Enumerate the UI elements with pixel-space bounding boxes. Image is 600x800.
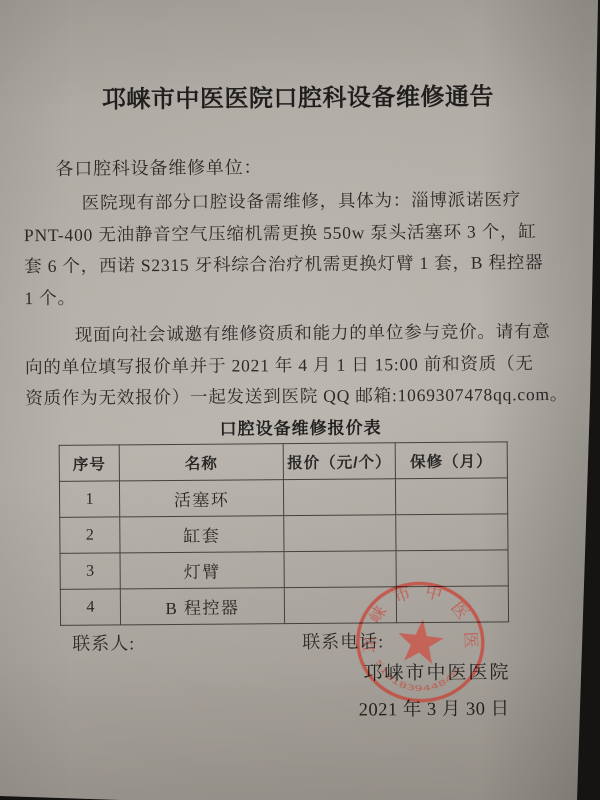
column-header-warranty: 保修（月） — [395, 442, 507, 479]
cell-price-blank — [284, 515, 396, 552]
paragraph-equipment-list: 医院现有部分口腔设备需维修，具体为：淄博派诺医疗 PNT-400 无油静音空气压… — [24, 184, 577, 314]
page-title: 邛崃市中医医院口腔科设备维修通告 — [0, 76, 598, 116]
table-header-row: 序号 名称 报价（元/个） 保修（月） — [59, 442, 507, 482]
document-line: 现面向社会诚邀有维修资质和能力的单位参与竞价。请有意 — [25, 316, 577, 352]
cell-index: 3 — [60, 553, 120, 589]
document-line: 资质作为无效报价）一起发送到医院 QQ 邮箱:1069307478qq.com。 — [25, 379, 577, 415]
cell-warranty-blank — [396, 586, 508, 623]
table-row: 4 B 程控器 — [60, 586, 508, 626]
cell-warranty-blank — [395, 478, 507, 515]
cell-index: 1 — [59, 481, 119, 517]
signature-org-name: 邛崃市中医医院 — [363, 657, 510, 685]
cell-warranty-blank — [396, 550, 508, 587]
document-line: 套 6 个，西诺 S2315 牙科综合治疗机需更换灯臂 1 套，B 程控器 — [24, 247, 576, 283]
document-content: 邛崃市中医医院口腔科设备维修通告 各口腔科设备维修单位： 医院现有部分口腔设备需… — [0, 0, 600, 800]
contact-phone-label: 联系电话: — [302, 627, 384, 654]
cell-warranty-blank — [396, 514, 508, 551]
cell-price-blank — [284, 587, 396, 624]
cell-name: 活塞环 — [119, 480, 283, 517]
document-line: 1 个。 — [24, 278, 576, 314]
column-header-index: 序号 — [59, 445, 119, 481]
cell-name: B 程控器 — [120, 588, 284, 625]
paragraph-invitation: 现面向社会诚邀有维修资质和能力的单位参与竞价。请有意 向的单位填写报价单并于 2… — [25, 316, 578, 415]
quote-table: 序号 名称 报价（元/个） 保修（月） 1 活塞环 2 — [59, 441, 509, 626]
table-row: 3 灯臂 — [60, 550, 508, 590]
cell-name: 灯臂 — [120, 552, 284, 589]
cell-name: 缸套 — [120, 516, 284, 553]
table-row: 1 活塞环 — [59, 478, 507, 518]
cell-price-blank — [283, 479, 395, 516]
signature-date: 2021 年 3 月 30 日 — [359, 694, 510, 721]
cell-index: 2 — [60, 517, 120, 553]
document-line: 向的单位填写报价单并于 2021 年 4 月 1 日 15:00 前和资质（无 — [25, 347, 577, 383]
cell-index: 4 — [60, 589, 120, 625]
cell-price-blank — [284, 551, 396, 588]
contact-person-label: 联系人: — [72, 629, 135, 655]
photo-background: 邛崃市中医医院口腔科设备维修通告 各口腔科设备维修单位： 医院现有部分口腔设备需… — [0, 0, 600, 800]
table-title: 口腔设备维修报价表 — [0, 412, 600, 442]
table-row: 2 缸套 — [60, 514, 508, 554]
document-page: 邛崃市中医医院口腔科设备维修通告 各口腔科设备维修单位： 医院现有部分口腔设备需… — [0, 0, 600, 800]
document-line: PNT-400 无油静音空气压缩机需更换 550w 泵头活塞环 3 个，缸 — [24, 215, 576, 251]
document-line: 医院现有部分口腔设备需维修，具体为：淄博派诺医疗 — [24, 184, 576, 220]
column-header-price: 报价（元/个） — [283, 443, 395, 480]
salutation-line: 各口腔科设备维修单位： — [55, 153, 262, 181]
column-header-name: 名称 — [119, 444, 283, 481]
